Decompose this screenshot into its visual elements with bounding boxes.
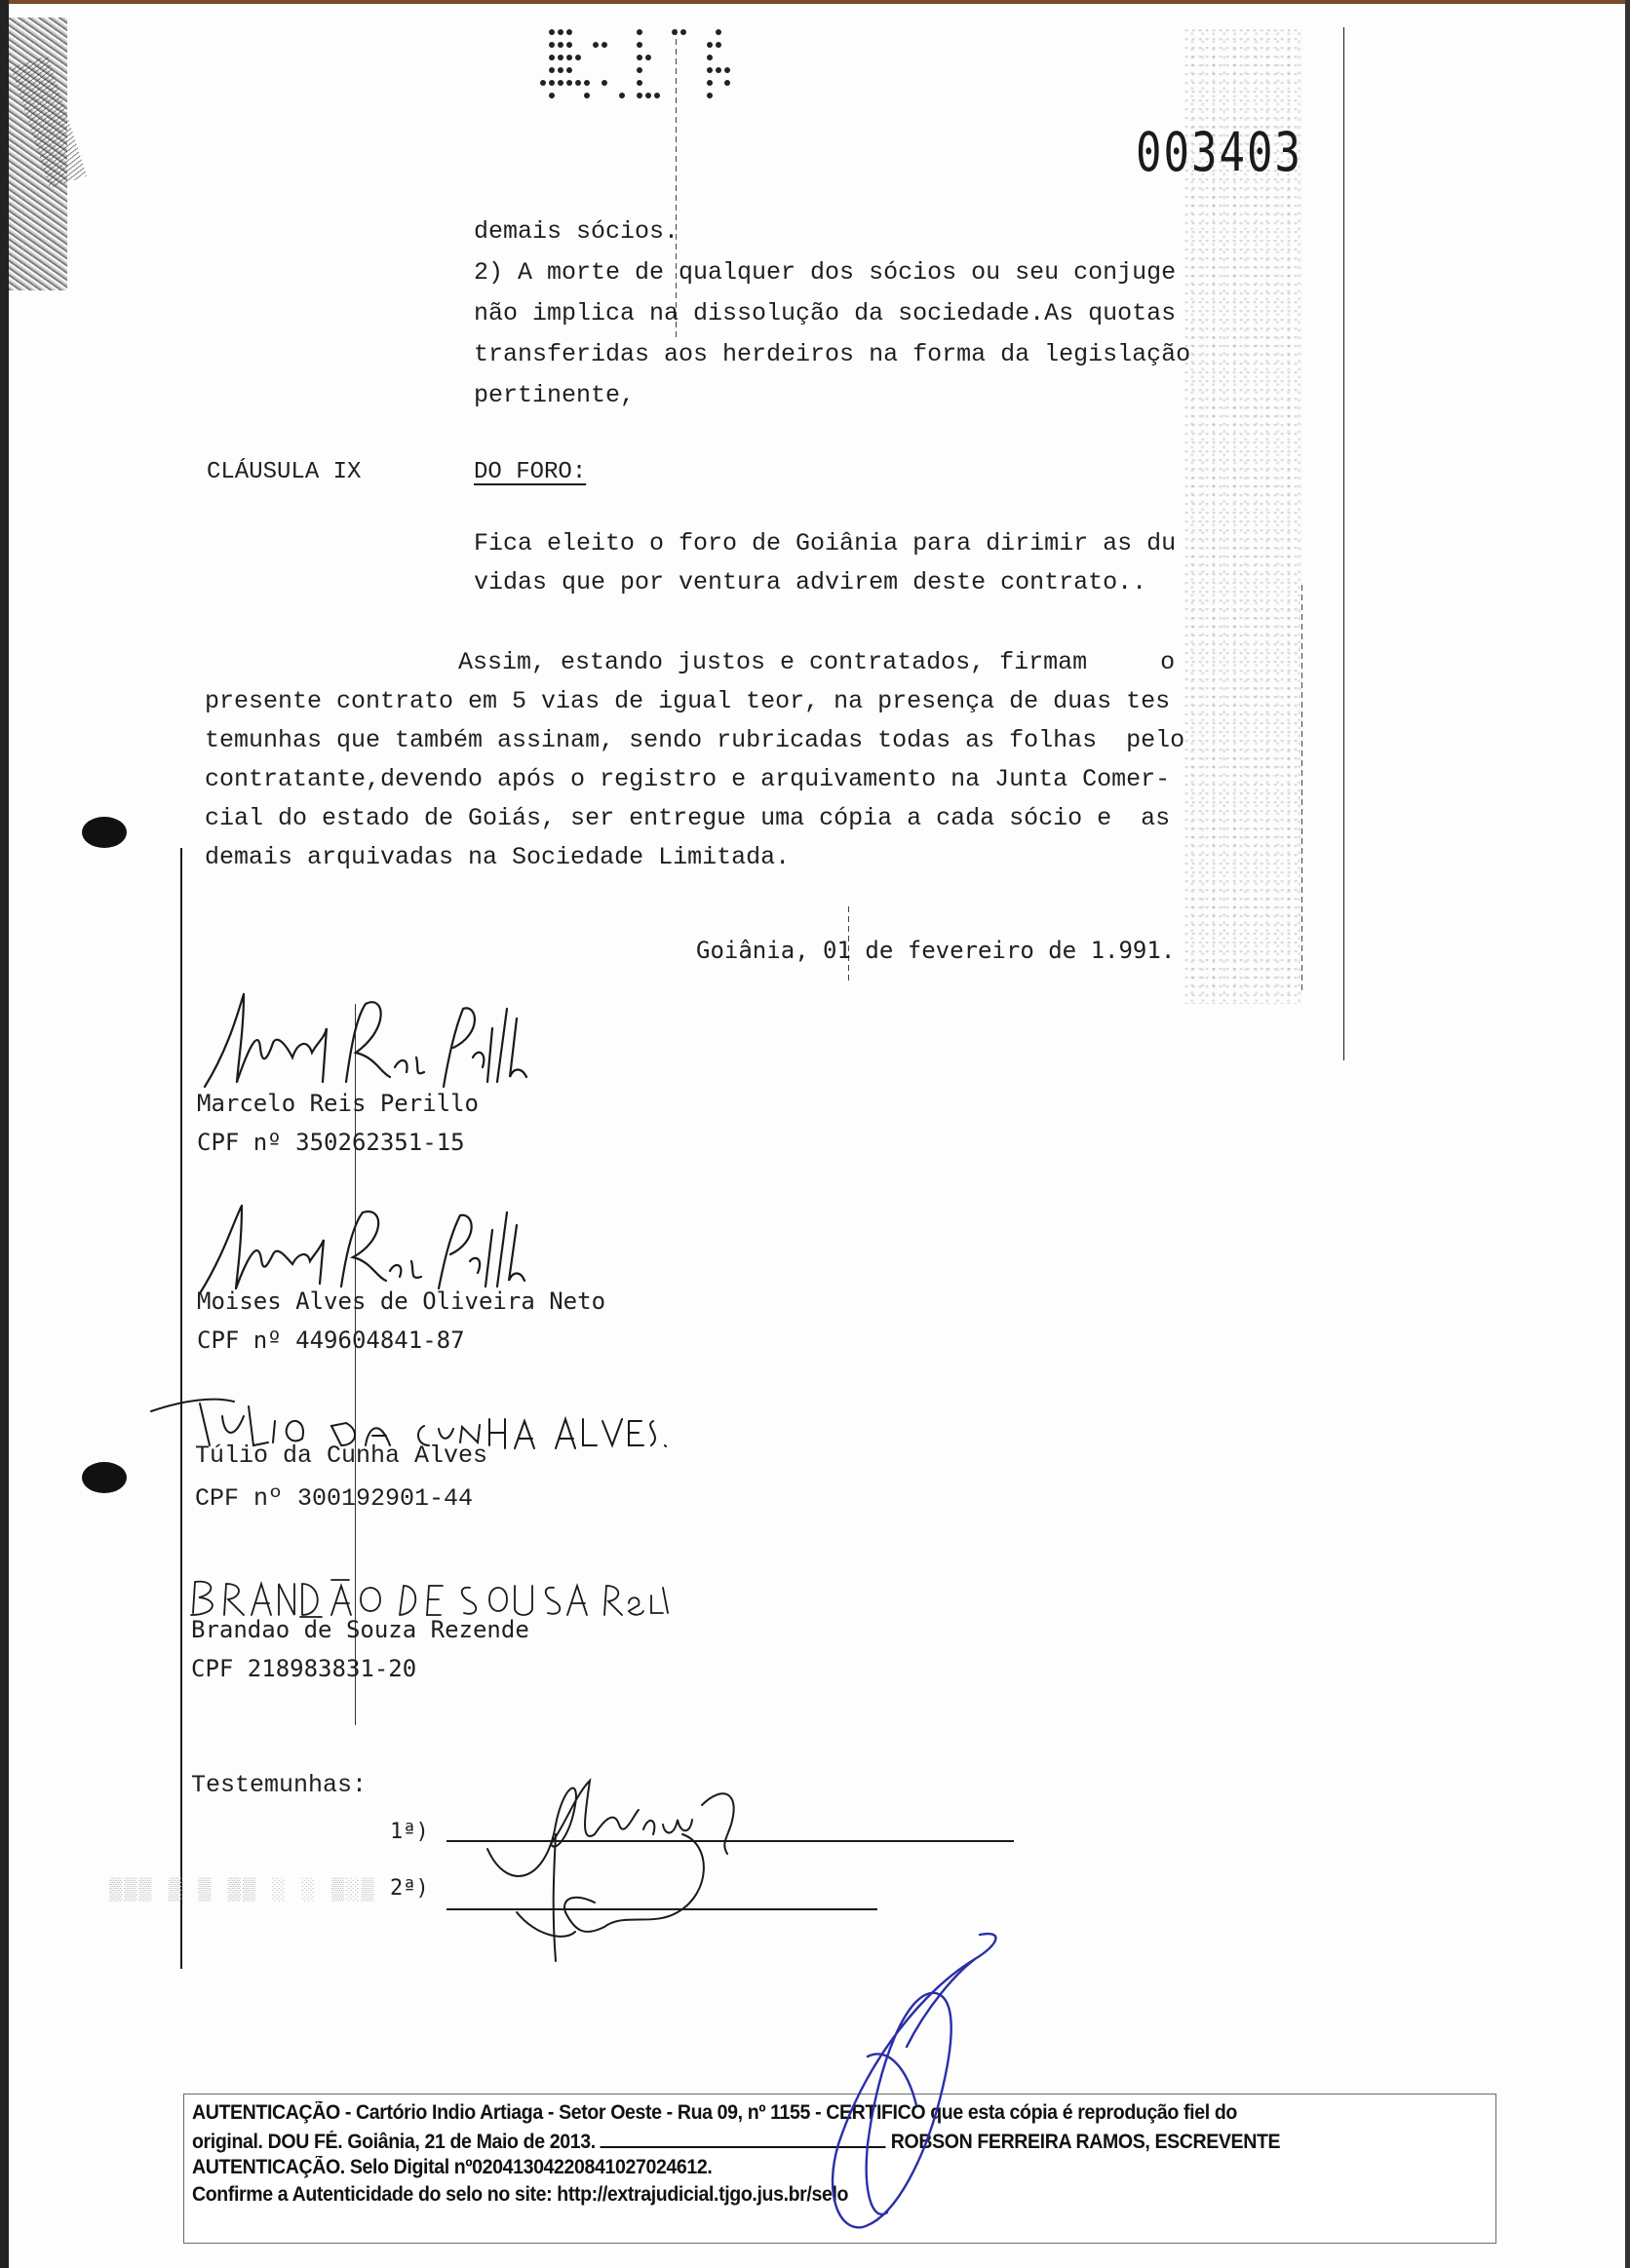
text-line: 2) A morte de qualquer dos sócios ou seu… (474, 253, 1176, 292)
punch-hole (82, 817, 127, 848)
text-line: demais sócios. (474, 212, 679, 251)
scan-left-edge (0, 0, 9, 2268)
clause-title: DO FORO: (474, 453, 586, 492)
text-line: contratante,devendo após o registro e ar… (205, 760, 1170, 799)
text-line: pertinente, (474, 376, 635, 415)
witness-number: 2ª) (390, 1869, 429, 1908)
auth-line: AUTENTICAÇÃO - Cartório Indio Artiaga - … (192, 2101, 1237, 2125)
signatory-cpf: CPF 218983831-20 (191, 1649, 416, 1688)
right-margin-rule (1343, 27, 1344, 1060)
signatory-name: Moises Alves de Oliveira Neto (197, 1282, 605, 1321)
text-line: Assim, estando justos e contratados, fir… (458, 643, 1175, 682)
clause-label: CLÁUSULA IX (207, 453, 361, 492)
signatory-name: Túlio da Cunha Alves (195, 1437, 487, 1476)
place-date: Goiânia, 01 de fevereiro de 1.991. (696, 931, 1175, 970)
signatory-cpf: CPF nº 350262351-15 (197, 1123, 465, 1162)
auth-verify-url: Confirme a Autenticidade do selo no site… (192, 2183, 848, 2207)
text-line: presente contrato em 5 vias de igual teo… (205, 682, 1170, 721)
signatory-name: Brandao de Souza Rezende (191, 1610, 529, 1649)
signatory-cpf: CPF nº 300192901-44 (195, 1480, 473, 1518)
signatory-name: Marcelo Reis Perillo (197, 1084, 479, 1123)
text-line: transferidas aos herdeiros na forma da l… (474, 335, 1190, 374)
scan-right-edge (1625, 0, 1630, 2268)
perforated-stamp (531, 29, 765, 107)
witness-number: 1ª) (390, 1813, 429, 1852)
scanned-document-page: 003403 demais sócios. 2) A morte de qual… (0, 0, 1630, 2268)
page-number: 003403 (1136, 122, 1302, 184)
scan-top-edge (0, 0, 1630, 4)
text-line: Fica eleito o foro de Goiânia para dirim… (474, 524, 1176, 563)
punch-hole (82, 1462, 127, 1493)
text-line: não implica na dissolução da sociedade.A… (474, 294, 1176, 333)
text-line: temunhas que também assinam, sendo rubri… (205, 721, 1184, 760)
text-line: demais arquivadas na Sociedade Limitada. (205, 838, 790, 877)
witness-signature (458, 1766, 868, 1985)
text-line: cial do estado de Goiás, ser entregue um… (205, 799, 1170, 838)
auth-line-left: original. DOU FÉ. Goiânia, 21 de Maio de… (192, 2131, 601, 2153)
witnesses-label: Testemunhas: (191, 1766, 367, 1805)
fold-line (1301, 585, 1302, 994)
auth-seal-number: AUTENTICAÇÃO. Selo Digital nº02041304220… (192, 2156, 712, 2179)
notary-blue-signature (809, 1920, 1024, 2247)
scan-bleed-text: ▒▒▒ ▒ ▒ ▒▒ ░ ░ ▒░▒ (109, 1871, 376, 1910)
signatory-cpf: CPF nº 449604841-87 (197, 1321, 465, 1360)
auth-line: original. DOU FÉ. Goiânia, 21 de Maio de… (192, 2129, 1280, 2154)
text-line: vidas que por ventura advirem deste cont… (474, 563, 1146, 602)
